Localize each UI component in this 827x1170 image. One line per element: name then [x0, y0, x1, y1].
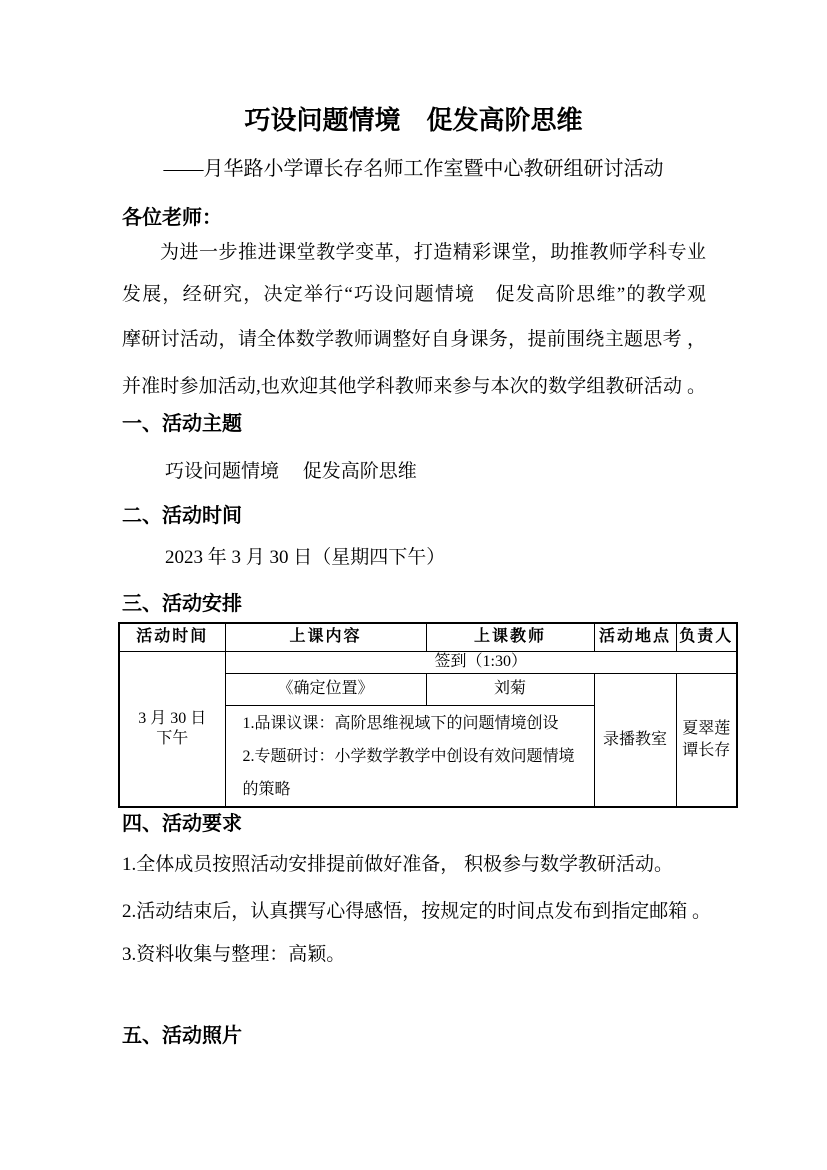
requirement-item-2: 2.活动结束后，认真撰写心得感悟，按规定的时间点发布到指定邮箱 。 — [122, 899, 711, 925]
column-header-leader: 负责人 — [676, 623, 737, 651]
intro-line-3: 摩研讨活动，请全体数学教师调整好自身课务，提前围绕主题思考 ， — [122, 327, 706, 353]
section2-heading: 二、活动时间 — [122, 503, 242, 529]
section1-content: 巧设问题情境 促发高阶思维 — [165, 459, 417, 485]
agenda-line-1: 1.品课议课：高阶思维视域下的问题情境创设 — [243, 707, 588, 740]
location-cell: 录播教室 — [594, 673, 676, 807]
lesson-cell: 《确定位置》 — [225, 673, 426, 705]
salutation: 各位老师： — [122, 205, 222, 231]
section2-content: 2023 年 3 月 30 日（星期四下午） — [165, 545, 445, 571]
leader-line1: 夏翠莲 — [677, 718, 737, 740]
date-line2: 下午 — [120, 729, 225, 749]
section3-heading: 三、活动安排 — [122, 591, 242, 617]
leaders-cell: 夏翠莲 谭长存 — [676, 673, 737, 807]
teacher-cell: 刘菊 — [426, 673, 594, 705]
signin-row: 3 月 30 日 下午 签到（1:30） — [119, 651, 737, 673]
column-header-teacher: 上课教师 — [426, 623, 594, 651]
column-header-location: 活动地点 — [594, 623, 676, 651]
schedule-table: 活动时间 上课内容 上课教师 活动地点 负责人 3 月 30 日 下午 签到（1… — [118, 622, 738, 808]
leader-line2: 谭长存 — [677, 740, 737, 762]
document-page: 巧设问题情境 促发高阶思维 ——月华路小学谭长存名师工作室暨中心教研组研讨活动 … — [0, 0, 827, 1170]
section5-heading: 五、活动照片 — [122, 1023, 242, 1049]
date-line1: 3 月 30 日 — [120, 709, 225, 729]
signin-cell: 签到（1:30） — [225, 651, 737, 673]
doc-subtitle: ——月华路小学谭长存名师工作室暨中心教研组研讨活动 — [0, 156, 827, 182]
agenda-cell: 1.品课议课：高阶思维视域下的问题情境创设 2.专题研讨：小学数学教学中创设有效… — [225, 705, 594, 807]
date-cell: 3 月 30 日 下午 — [119, 651, 225, 807]
doc-title: 巧设问题情境 促发高阶思维 — [0, 104, 827, 138]
requirement-item-3: 3.资料收集与整理：高颖。 — [122, 942, 345, 968]
column-header-time: 活动时间 — [119, 623, 225, 651]
intro-line-1: 为进一步推进课堂教学变革，打造精彩课堂，助推教师学科专业 — [122, 240, 706, 266]
section4-heading: 四、活动要求 — [122, 811, 242, 837]
agenda-line-2: 2.专题研讨：小学数学教学中创设有效问题情境 — [243, 740, 588, 773]
intro-line-2: 发展，经研究，决定举行“巧设问题情境 促发高阶思维”的教学观 — [122, 282, 706, 308]
section1-heading: 一、活动主题 — [122, 411, 242, 437]
agenda-line-3: 的策略 — [243, 773, 588, 806]
schedule-header-row: 活动时间 上课内容 上课教师 活动地点 负责人 — [119, 623, 737, 651]
requirement-item-1: 1.全体成员按照活动安排提前做好准备， 积极参与数学教研活动。 — [122, 852, 673, 878]
column-header-lesson-content: 上课内容 — [225, 623, 426, 651]
intro-line-4: 并准时参加活动,也欢迎其他学科教师来参与本次的数学组教研活动 。 — [122, 374, 706, 400]
